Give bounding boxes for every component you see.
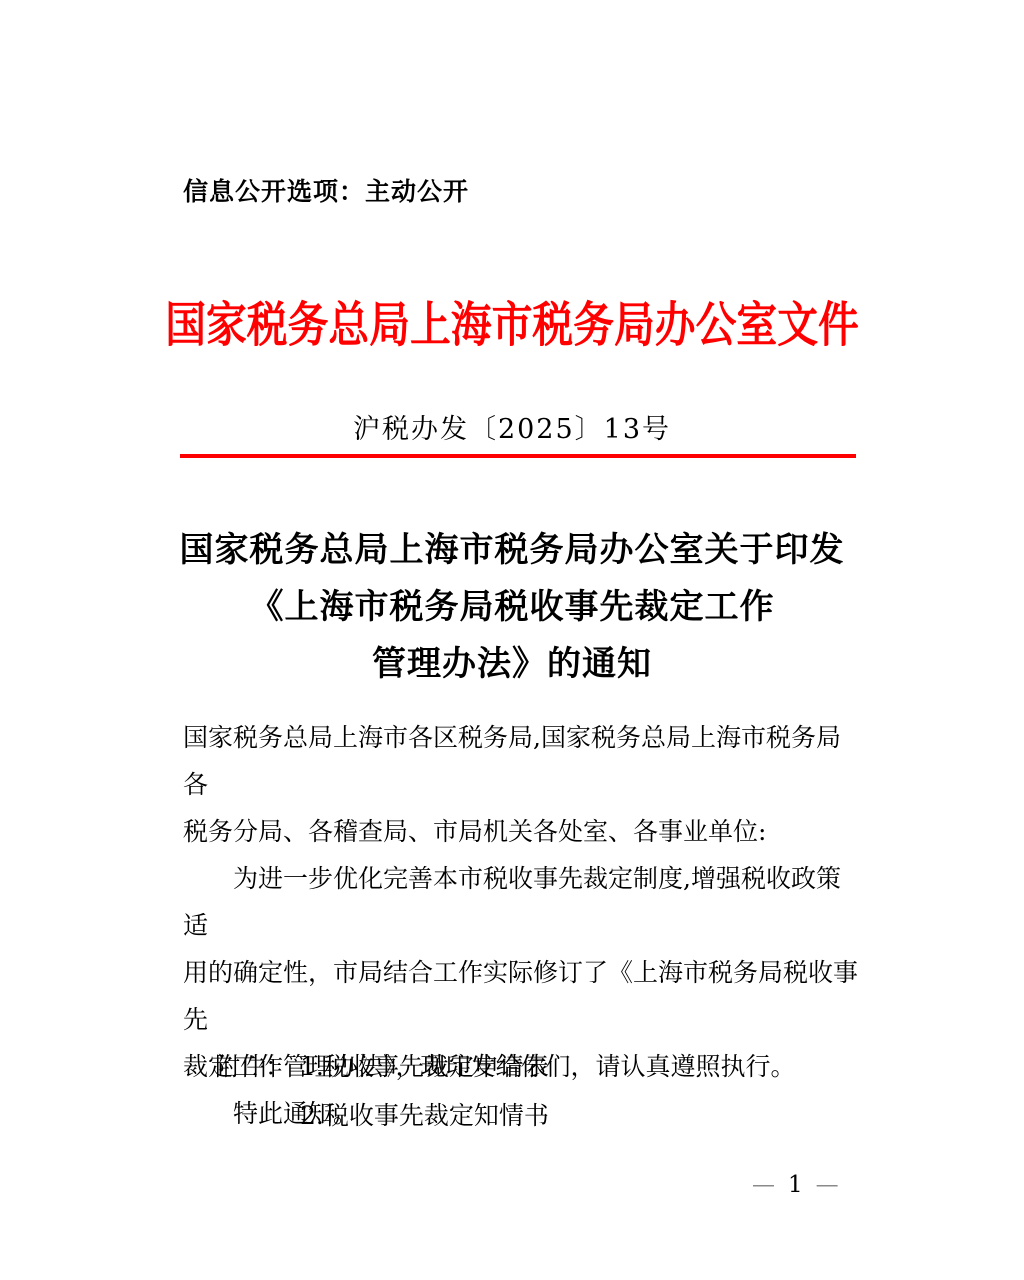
recipients-line-2: 税务分局、各稽查局、市局机关各处室、各事业单位: xyxy=(183,808,865,855)
attachments-label-spacer xyxy=(215,1091,300,1140)
red-separator-rule xyxy=(180,454,856,458)
attachment-item-2: 2.税收事先裁定知情书 xyxy=(300,1091,549,1140)
recipients-line-1: 国家税务总局上海市各区税务局,国家税务总局上海市税务局各 xyxy=(183,714,865,808)
attachment-row-1: 附件： 1.税收事先裁定申请表 xyxy=(215,1042,549,1091)
notice-title: 国家税务总局上海市税务局办公室关于印发 《上海市税务局税收事先裁定工作 管理办法… xyxy=(0,522,1024,693)
masthead-title: 国家税务总局上海市税务局办公室文件 xyxy=(165,297,859,355)
attachment-item-1: 1.税收事先裁定申请表 xyxy=(300,1042,549,1091)
notice-title-line-3: 管理办法》的通知 xyxy=(0,636,1024,693)
publicity-option-label: 信息公开选项：主动公开 xyxy=(183,172,469,208)
body-paragraph-line-1: 为进一步优化完善本市税收事先裁定制度,增强税收政策适 xyxy=(183,855,865,949)
attachment-row-2: 2.税收事先裁定知情书 xyxy=(215,1091,549,1140)
body-paragraph-line-2: 用的确定性，市局结合工作实际修订了《上海市税务局税收事先 xyxy=(183,949,865,1043)
page-footer: — 1 — xyxy=(752,1172,839,1198)
footer-dash-right: — xyxy=(816,1172,839,1198)
document-page: 信息公开选项：主动公开 国家税务总局上海市税务局办公室文件 沪税办发〔2025〕… xyxy=(0,0,1024,1280)
notice-title-line-1: 国家税务总局上海市税务局办公室关于印发 xyxy=(0,522,1024,579)
doc-number: 沪税办发〔2025〕13号 xyxy=(0,407,1024,446)
page-number: 1 xyxy=(788,1172,803,1198)
attachments-section: 附件： 1.税收事先裁定申请表 2.税收事先裁定知情书 xyxy=(215,1042,549,1140)
footer-dash-left: — xyxy=(752,1172,775,1198)
attachments-label: 附件： xyxy=(215,1042,300,1091)
notice-title-line-2: 《上海市税务局税收事先裁定工作 xyxy=(0,579,1024,636)
masthead: 国家税务总局上海市税务局办公室文件 xyxy=(0,297,1024,355)
